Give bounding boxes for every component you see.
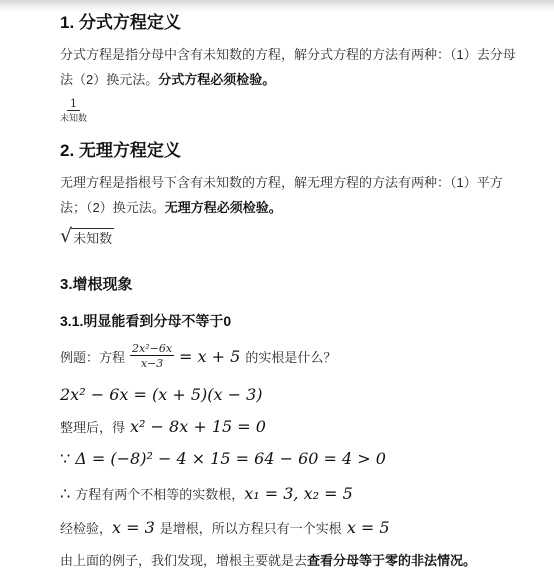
- solution-step-4-math: x₁ = 3, x₂ = 5: [244, 484, 353, 503]
- solution-step-1-math: 2x² − 6x = (x + 5)(x − 3): [60, 385, 263, 404]
- section-2-paragraph: 无理方程是指根号下含有未知数的方程，解无理方程的方法有两种：（1）平方法；（2）…: [60, 170, 518, 220]
- solution-step-2-math: x² − 8x + 15 = 0: [130, 417, 266, 436]
- solution-step-5: 经检验，x = 3是增根，所以方程只有一个实根x = 5: [60, 517, 518, 540]
- section-1-heading: 1. 分式方程定义: [60, 12, 518, 34]
- solution-step-5-text-2: 是增根，所以方程只有一个实根: [160, 521, 342, 536]
- solution-step-1: 2x² − 6x = (x + 5)(x − 3): [60, 384, 518, 407]
- example-fraction-denominator: x−3: [141, 356, 163, 370]
- radicand: 未知数: [71, 228, 114, 247]
- example-question: 例题：方程2x²−6xx−3= x + 5的实根是什么？: [60, 344, 518, 372]
- section-3-heading: 3.增根现象: [60, 275, 518, 295]
- article-body: 1. 分式方程定义 分式方程是指分母中含有未知数的方程，解分式方程的方法有两种：…: [0, 0, 554, 571]
- fraction-denominator: 未知数: [60, 111, 87, 124]
- solution-step-4: ∴方程有两个不相等的实数根，x₁ = 3, x₂ = 5: [60, 483, 518, 506]
- example-suffix: 的实根是什么？: [245, 350, 336, 365]
- section-2-heading: 2. 无理方程定义: [60, 140, 518, 162]
- conclusion-text: 由上面的例子，我们发现，增根主要就是去: [60, 553, 307, 568]
- section-1-paragraph-text: 分式方程是指分母中含有未知数的方程，解分式方程的方法有两种：（1）去分母法（2）…: [60, 47, 516, 87]
- solution-step-4-text: 方程有两个不相等的实数根，: [75, 487, 244, 502]
- fraction: 1 未知数: [60, 98, 87, 124]
- section-1-paragraph: 分式方程是指分母中含有未知数的方程，解分式方程的方法有两种：（1）去分母法（2）…: [60, 42, 518, 92]
- solution-step-5-text-1: 经检验，: [60, 521, 112, 536]
- solution-step-3: ∵ Δ = (−8)² − 4 × 15 = 64 − 60 = 4 > 0: [60, 448, 518, 471]
- section-1-paragraph-bold-text: 分式方程必须检验。: [158, 72, 275, 87]
- conclusion-paragraph: 由上面的例子，我们发现，增根主要就是去查看分母等于零的非法情况。: [60, 550, 518, 571]
- section-2-paragraph-bold-text: 无理方程必须检验。: [165, 200, 282, 215]
- example-fraction-numerator: 2x²−6x: [130, 342, 174, 356]
- solution-step-2-text: 整理后，得: [60, 420, 125, 435]
- section-3-1-heading: 3.1.明显能看到分母不等于0: [60, 312, 518, 331]
- solution-step-5-math-2: x = 5: [347, 518, 390, 537]
- example-fraction: 2x²−6xx−3: [130, 342, 174, 370]
- solution-step-2: 整理后，得x² − 8x + 15 = 0: [60, 416, 518, 439]
- therefore-symbol: ∴: [60, 484, 70, 503]
- solution-step-3-math: ∵ Δ = (−8)² − 4 × 15 = 64 − 60 = 4 > 0: [60, 449, 386, 468]
- conclusion-bold-text: 查看分母等于零的非法情况。: [307, 553, 476, 568]
- example-equation-rhs: = x + 5: [179, 347, 240, 366]
- sqrt-formula: √ 未知数: [60, 224, 518, 247]
- solution-step-5-math-1: x = 3: [112, 518, 155, 537]
- fraction-formula: 1 未知数: [60, 92, 518, 124]
- example-prefix: 例题：方程: [60, 350, 125, 365]
- fraction-numerator: 1: [67, 98, 80, 111]
- square-root: √ 未知数: [60, 226, 114, 247]
